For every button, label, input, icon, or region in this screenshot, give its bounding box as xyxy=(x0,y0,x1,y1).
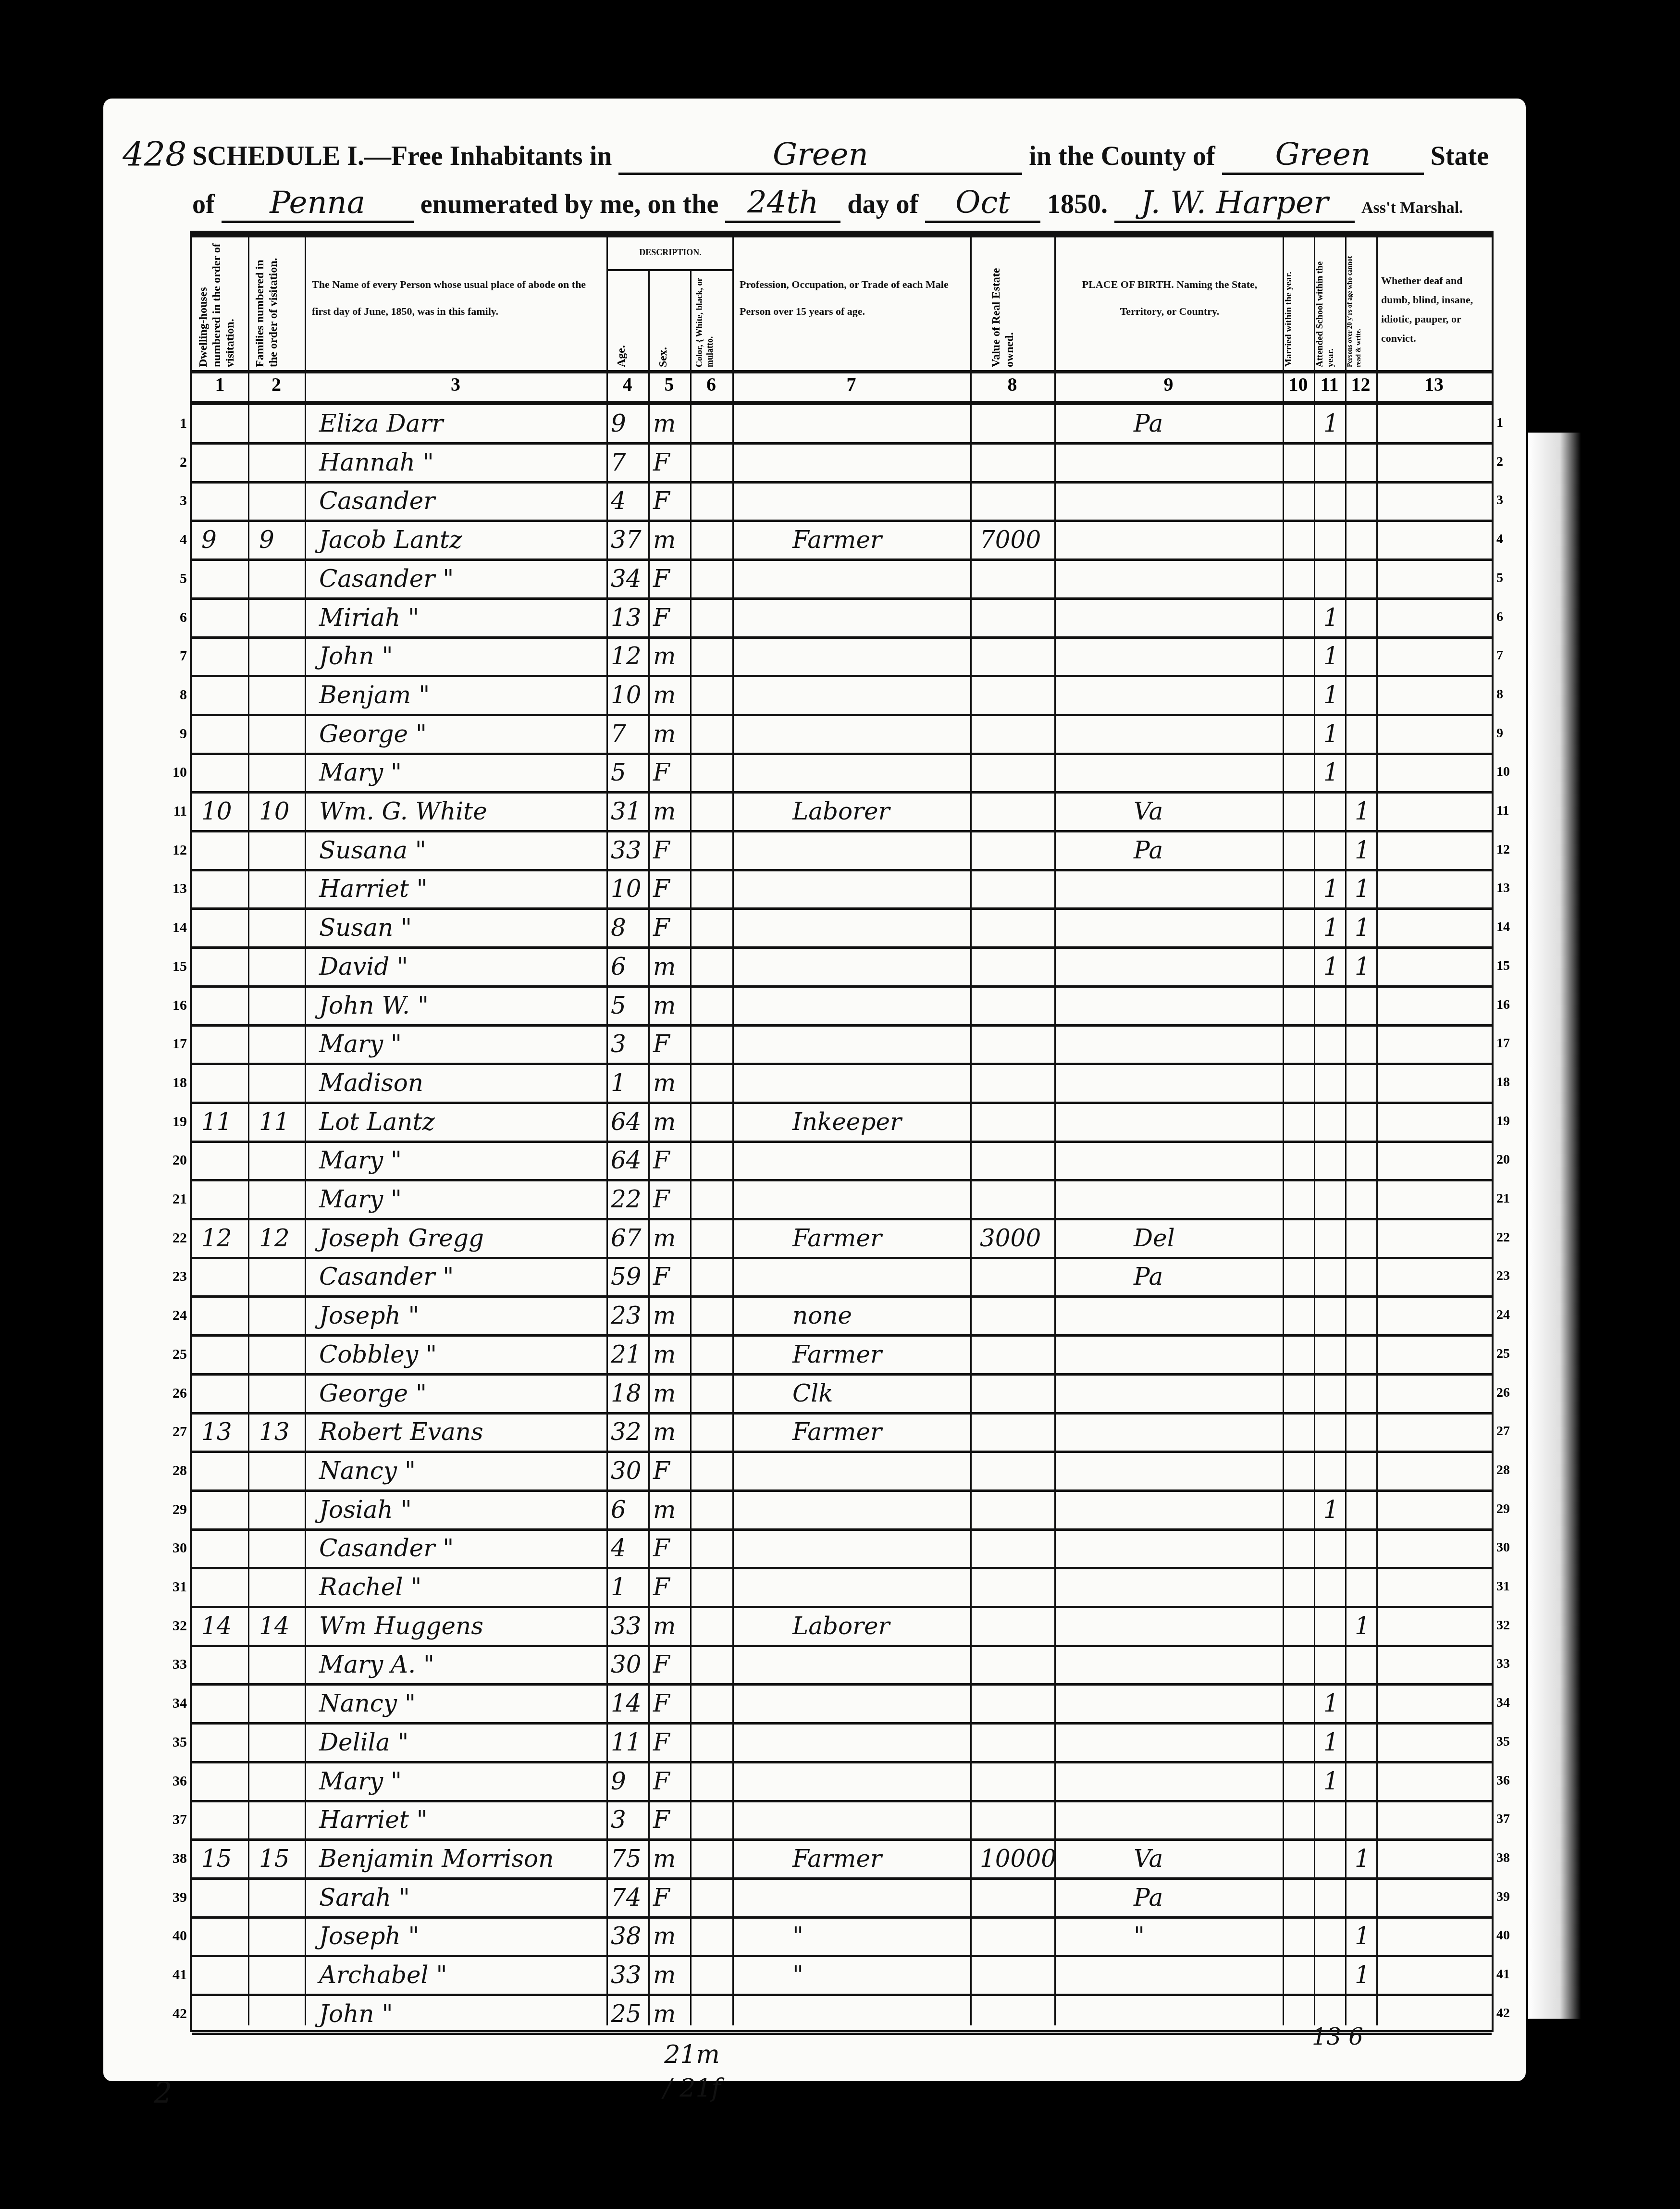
table-row: 32321414Wm Huggens33mLaborer1 xyxy=(192,1608,1492,1647)
line-number: 21 xyxy=(158,1191,187,1207)
occupation: Laborer xyxy=(792,797,890,825)
line-number: 17 xyxy=(158,1036,187,1052)
birthplace: Va xyxy=(1134,1845,1163,1873)
person-name: John W. " xyxy=(319,992,429,1019)
birthplace: Pa xyxy=(1134,410,1163,437)
person-name: Harriet " xyxy=(319,1806,428,1834)
table-row: 99George "7m1 xyxy=(192,716,1492,755)
line-number-right: 36 xyxy=(1496,1773,1510,1788)
table-row: 3636Mary "9F1 xyxy=(192,1763,1492,1802)
family-number: 15 xyxy=(259,1845,290,1873)
sex: F xyxy=(653,836,670,864)
dwelling-number: 10 xyxy=(201,797,232,825)
table-row: 1010Mary "5F1 xyxy=(192,755,1492,794)
person-name: Joseph " xyxy=(319,1302,420,1329)
age: 9 xyxy=(611,1767,626,1795)
sex: m xyxy=(653,1340,676,1368)
person-name: Robert Evans xyxy=(319,1418,483,1446)
line-number: 29 xyxy=(158,1502,187,1518)
table-row: 2424Joseph "23mnone xyxy=(192,1298,1492,1337)
line-number: 13 xyxy=(158,881,187,897)
table-row: 1313Harriet "10F11 xyxy=(192,871,1492,910)
line-number-right: 20 xyxy=(1496,1152,1510,1167)
table-row: 2929Josiah "6m1 xyxy=(192,1492,1492,1531)
real-estate-value: 3000 xyxy=(980,1224,1041,1252)
person-name: David " xyxy=(319,953,408,980)
age: 10 xyxy=(611,875,642,903)
age: 10 xyxy=(611,681,642,709)
person-name: Madison xyxy=(319,1069,423,1097)
school-mark: 1 xyxy=(1323,953,1339,980)
table-row: 2626George "18mClk xyxy=(192,1376,1492,1415)
line-number-right: 32 xyxy=(1496,1618,1510,1633)
line-number-right: 7 xyxy=(1496,648,1503,663)
handwritten-page-number: 428 xyxy=(123,135,187,174)
sex: m xyxy=(653,410,676,437)
person-name: Mary " xyxy=(319,758,402,786)
person-name: John " xyxy=(319,2000,393,2028)
line-number: 8 xyxy=(158,687,187,703)
sex: m xyxy=(653,1922,676,1950)
person-name: Benjam " xyxy=(319,681,430,709)
table-row: 2828Nancy "30F xyxy=(192,1453,1492,1492)
school-mark: 1 xyxy=(1323,1728,1339,1756)
line-number: 25 xyxy=(158,1346,187,1363)
age: 21 xyxy=(611,1340,642,1368)
occupation: Farmer xyxy=(792,1224,882,1252)
birthplace: Del xyxy=(1134,1224,1175,1252)
line-number: 28 xyxy=(158,1463,187,1479)
table-row: 2020Mary "64F xyxy=(192,1142,1492,1181)
col-number: 5 xyxy=(648,373,690,396)
person-name: Wm. G. White xyxy=(319,797,487,825)
age: 7 xyxy=(611,448,626,476)
dwelling-number: 13 xyxy=(201,1418,232,1446)
col-number: 6 xyxy=(690,373,732,396)
person-name: John " xyxy=(319,642,393,670)
header-sex: Sex. xyxy=(656,276,685,367)
sex: m xyxy=(653,526,676,554)
sex: F xyxy=(653,604,670,632)
header-married: Married within the year. xyxy=(1284,242,1312,367)
sex: m xyxy=(653,1302,676,1329)
adjacent-page-edge xyxy=(1528,433,1581,2019)
table-row: 88Benjam "10m1 xyxy=(192,677,1492,716)
school-mark: 1 xyxy=(1323,681,1339,709)
school-mark: 1 xyxy=(1323,1689,1339,1717)
illiterate-mark: 1 xyxy=(1355,1845,1370,1873)
header-disability: Whether deaf and dumb, blind, insane, id… xyxy=(1381,271,1487,348)
school-mark: 1 xyxy=(1323,410,1339,437)
person-name: Benjamin Morrison xyxy=(319,1845,554,1873)
line-number-right: 42 xyxy=(1496,2006,1510,2021)
sex: F xyxy=(653,1263,670,1291)
person-name: Casander xyxy=(319,487,435,515)
line-number: 37 xyxy=(158,1812,187,1828)
line-number: 12 xyxy=(158,842,187,858)
occupation: Farmer xyxy=(792,1340,882,1368)
table-row: 19191111Lot Lantz64mInkeeper xyxy=(192,1104,1492,1143)
line-number-right: 38 xyxy=(1496,1850,1510,1866)
age: 25 xyxy=(611,2000,642,2028)
county-label: in the County of xyxy=(1029,141,1215,171)
sex: F xyxy=(653,565,670,593)
margin-note-tally: 21m / 21f xyxy=(663,2038,721,2105)
dwelling-number: 12 xyxy=(201,1224,232,1252)
line-number: 4 xyxy=(158,532,187,548)
age: 32 xyxy=(611,1418,642,1446)
age: 12 xyxy=(611,642,642,670)
sex: m xyxy=(653,1379,676,1407)
table-row: 2323Casander "59FPa xyxy=(192,1259,1492,1298)
numbers-divider xyxy=(192,401,1492,405)
person-name: Miriah " xyxy=(319,604,419,632)
age: 22 xyxy=(611,1185,642,1213)
sex: F xyxy=(653,1146,670,1174)
illiterate-mark: 1 xyxy=(1355,836,1370,864)
family-number: 9 xyxy=(259,526,274,554)
dwelling-number: 14 xyxy=(201,1612,232,1640)
col-number: 4 xyxy=(606,373,648,396)
schedule-title-line: SCHEDULE I.—Free Inhabitants inGreenin t… xyxy=(192,137,1489,175)
occupation: Clk xyxy=(792,1379,833,1407)
sex: m xyxy=(653,1496,676,1524)
line-number-right: 26 xyxy=(1496,1385,1510,1401)
township-field: Green xyxy=(618,137,1022,175)
person-name: Sarah " xyxy=(319,1884,410,1911)
line-number-right: 8 xyxy=(1496,687,1503,702)
line-number-right: 18 xyxy=(1496,1075,1510,1090)
person-name: Mary A. " xyxy=(319,1651,434,1678)
line-number-right: 5 xyxy=(1496,571,1503,586)
line-number: 27 xyxy=(158,1424,187,1440)
line-number: 22 xyxy=(158,1230,187,1246)
age: 6 xyxy=(611,953,626,980)
enumeration-line: ofPennaenumerated by me, on the24thday o… xyxy=(192,185,1463,223)
of-label: of xyxy=(192,189,215,219)
person-name: Harriet " xyxy=(319,875,428,903)
line-number: 15 xyxy=(158,958,187,975)
line-number-right: 29 xyxy=(1496,1502,1510,1517)
header-dwelling: Dwelling-houses numbered in the order of… xyxy=(197,242,245,367)
age: 8 xyxy=(611,914,626,942)
age: 33 xyxy=(611,836,642,864)
age: 11 xyxy=(611,1728,642,1756)
sex: m xyxy=(653,642,676,670)
birthplace: Pa xyxy=(1134,1884,1163,1911)
line-number-right: 9 xyxy=(1496,726,1503,741)
line-number-right: 25 xyxy=(1496,1346,1510,1362)
person-name: Lot Lantz xyxy=(319,1108,435,1136)
age: 23 xyxy=(611,1302,642,1329)
person-name: Susana " xyxy=(319,836,426,864)
line-number-right: 2 xyxy=(1496,454,1503,470)
illiterate-mark: 1 xyxy=(1355,914,1370,942)
sex: m xyxy=(653,797,676,825)
illiterate-mark: 1 xyxy=(1355,797,1370,825)
line-number-right: 16 xyxy=(1496,997,1510,1013)
line-number-right: 22 xyxy=(1496,1230,1510,1245)
person-name: George " xyxy=(319,720,427,748)
age: 5 xyxy=(611,992,626,1019)
header-birthplace: PLACE OF BIRTH. Naming the State, Territ… xyxy=(1062,271,1278,325)
family-number: 10 xyxy=(259,797,290,825)
sex: F xyxy=(653,1573,670,1601)
sex: F xyxy=(653,1651,670,1678)
table-row: 22Hannah "7F xyxy=(192,445,1492,484)
school-mark: 1 xyxy=(1323,604,1339,632)
age: 4 xyxy=(611,487,626,515)
person-name: Mary " xyxy=(319,1185,402,1213)
age: 75 xyxy=(611,1845,642,1873)
margin-note-totals: 13 6 xyxy=(1312,2023,1363,2050)
family-number: 14 xyxy=(259,1612,290,1640)
line-number: 34 xyxy=(158,1695,187,1712)
table-row: 3030Casander "4F xyxy=(192,1530,1492,1569)
table-row: 11111010Wm. G. White31mLaborerVa1 xyxy=(192,794,1492,832)
sex: m xyxy=(653,720,676,748)
occupation: Inkeeper xyxy=(792,1108,902,1136)
line-number-right: 14 xyxy=(1496,919,1510,935)
state-label: State xyxy=(1431,141,1489,171)
family-number: 13 xyxy=(259,1418,290,1446)
header-school: Attended School within the year. xyxy=(1315,242,1344,367)
age: 6 xyxy=(611,1496,626,1524)
sex: m xyxy=(653,681,676,709)
description-divider xyxy=(607,269,733,271)
age: 33 xyxy=(611,1961,642,1989)
table-row: 1818Madison1m xyxy=(192,1065,1492,1104)
occupation: " xyxy=(792,1961,803,1989)
age: 37 xyxy=(611,526,642,554)
header-age: Age. xyxy=(615,276,643,367)
header-description: DESCRIPTION. xyxy=(607,244,733,261)
age: 34 xyxy=(611,565,642,593)
header-illiterate: Persons over 20 y'rs of age who cannot r… xyxy=(1346,242,1375,367)
age: 38 xyxy=(611,1922,642,1950)
table-row: 11Eliza Darr9mPa1 xyxy=(192,406,1492,445)
illiterate-mark: 1 xyxy=(1355,875,1370,903)
table-row: 27271313Robert Evans32mFarmer xyxy=(192,1414,1492,1453)
line-number-right: 12 xyxy=(1496,842,1510,857)
sex: F xyxy=(653,758,670,786)
person-name: Rachel " xyxy=(319,1573,421,1601)
col-number: 10 xyxy=(1283,373,1314,396)
age: 18 xyxy=(611,1379,642,1407)
col-number: 3 xyxy=(305,373,606,396)
line-number-right: 34 xyxy=(1496,1695,1510,1711)
person-name: Mary " xyxy=(319,1767,402,1795)
line-number: 31 xyxy=(158,1579,187,1595)
line-number: 6 xyxy=(158,609,187,626)
age: 67 xyxy=(611,1224,642,1252)
line-number-right: 15 xyxy=(1496,958,1510,974)
line-number-right: 37 xyxy=(1496,1812,1510,1827)
age: 30 xyxy=(611,1651,642,1678)
sex: F xyxy=(653,1767,670,1795)
line-number-right: 1 xyxy=(1496,415,1503,431)
marshal-label: Ass't Marshal. xyxy=(1361,199,1463,217)
line-number: 32 xyxy=(158,1618,187,1634)
line-number-right: 4 xyxy=(1496,532,1503,547)
month-field: Oct xyxy=(925,185,1040,223)
sex: m xyxy=(653,1108,676,1136)
line-number: 35 xyxy=(158,1734,187,1750)
line-number: 24 xyxy=(158,1307,187,1324)
table-row: 1414Susan "8F11 xyxy=(192,910,1492,949)
school-mark: 1 xyxy=(1323,914,1339,942)
person-name: Josiah " xyxy=(319,1496,412,1524)
table-row: 4499Jacob Lantz37mFarmer7000 xyxy=(192,522,1492,561)
line-number: 41 xyxy=(158,1967,187,1983)
col-number: 2 xyxy=(248,373,305,396)
table-row: 33Casander4F xyxy=(192,483,1492,522)
line-number: 9 xyxy=(158,726,187,742)
sex: m xyxy=(653,1612,676,1640)
person-name: Mary " xyxy=(319,1146,402,1174)
enumerated-label: enumerated by me, on the xyxy=(420,189,719,219)
line-number-right: 13 xyxy=(1496,881,1510,896)
line-number-right: 30 xyxy=(1496,1540,1510,1555)
col-number: 13 xyxy=(1376,373,1492,396)
sex: F xyxy=(653,1689,670,1717)
person-name: George " xyxy=(319,1379,427,1407)
table-row: 3131Rachel "1F xyxy=(192,1569,1492,1608)
sex: m xyxy=(653,953,676,980)
sex: m xyxy=(653,1069,676,1097)
line-number: 5 xyxy=(158,571,187,587)
line-number: 20 xyxy=(158,1152,187,1168)
table-row: 1616John W. "5m xyxy=(192,988,1492,1027)
line-number: 39 xyxy=(158,1889,187,1906)
line-number-right: 23 xyxy=(1496,1268,1510,1284)
person-name: Eliza Darr xyxy=(319,410,443,437)
age: 30 xyxy=(611,1457,642,1485)
row-rule xyxy=(192,2033,1492,2035)
col-number: 11 xyxy=(1314,373,1345,396)
occupation: none xyxy=(792,1302,852,1329)
line-number-right: 31 xyxy=(1496,1579,1510,1594)
school-mark: 1 xyxy=(1323,1496,1339,1524)
person-name: Casander " xyxy=(319,565,454,593)
table-row: 3535Delila "11F1 xyxy=(192,1725,1492,1763)
line-number-right: 41 xyxy=(1496,1967,1510,1982)
line-number-right: 10 xyxy=(1496,764,1510,780)
age: 5 xyxy=(611,758,626,786)
table-row: 3737Harriet "3F xyxy=(192,1802,1492,1841)
age: 59 xyxy=(611,1263,642,1291)
birthplace: Pa xyxy=(1134,836,1163,864)
age: 1 xyxy=(611,1573,626,1601)
age: 4 xyxy=(611,1534,626,1562)
table-row: 2121Mary "22F xyxy=(192,1181,1492,1220)
sex: F xyxy=(653,1185,670,1213)
illiterate-mark: 1 xyxy=(1355,1922,1370,1950)
person-name: Joseph " xyxy=(319,1922,420,1950)
sex: F xyxy=(653,487,670,515)
sex: m xyxy=(653,1418,676,1446)
header-family: Families numbered in the order of visita… xyxy=(253,242,301,367)
margin-note-left: 2 xyxy=(154,2076,172,2110)
person-name: Joseph Gregg xyxy=(319,1224,484,1252)
table-row: 66Miriah "13F1 xyxy=(192,600,1492,639)
sex: m xyxy=(653,1845,676,1873)
school-mark: 1 xyxy=(1323,642,1339,670)
table-row: 1212Susana "33FPa1 xyxy=(192,832,1492,871)
age: 33 xyxy=(611,1612,642,1640)
line-number: 1 xyxy=(158,415,187,432)
school-mark: 1 xyxy=(1323,758,1339,786)
sex: m xyxy=(653,1961,676,1989)
col-number: 1 xyxy=(192,373,248,396)
sex: F xyxy=(653,875,670,903)
person-name: Archabel " xyxy=(319,1961,447,1989)
header-color: Color, { White, black, or mulatto. xyxy=(694,276,730,367)
person-name: Jacob Lantz xyxy=(319,526,462,554)
header-occupation: Profession, Occupation, or Trade of each… xyxy=(740,271,965,325)
occupation: Farmer xyxy=(792,1845,882,1873)
illiterate-mark: 1 xyxy=(1355,1612,1370,1640)
line-number: 36 xyxy=(158,1773,187,1789)
county-field: Green xyxy=(1222,137,1424,175)
person-name: Susan " xyxy=(319,914,412,942)
occupation: " xyxy=(792,1922,803,1950)
col-number: 8 xyxy=(970,373,1054,396)
age: 64 xyxy=(611,1108,642,1136)
line-number: 40 xyxy=(158,1928,187,1944)
illiterate-mark: 1 xyxy=(1355,1961,1370,1989)
line-number: 42 xyxy=(158,2006,187,2022)
occupation: Farmer xyxy=(792,526,882,554)
col-number: 12 xyxy=(1345,373,1376,396)
header-name: The Name of every Person whose usual pla… xyxy=(312,271,600,325)
age: 3 xyxy=(611,1806,626,1834)
person-name: Casander " xyxy=(319,1263,454,1291)
col-number: 9 xyxy=(1054,373,1283,396)
line-number: 3 xyxy=(158,493,187,509)
age: 31 xyxy=(611,797,642,825)
table-row: 4040Joseph "38m""1 xyxy=(192,1918,1492,1957)
school-mark: 1 xyxy=(1323,720,1339,748)
sex: F xyxy=(653,1534,670,1562)
table-row: 2525Cobbley "21mFarmer xyxy=(192,1337,1492,1376)
family-number: 11 xyxy=(259,1108,290,1136)
person-name: Nancy " xyxy=(319,1457,416,1485)
occupation: Laborer xyxy=(792,1612,890,1640)
table-row: 22221212Joseph Gregg67mFarmer3000Del xyxy=(192,1220,1492,1259)
sex: F xyxy=(653,1030,670,1058)
line-number-right: 40 xyxy=(1496,1928,1510,1943)
table-row: 3333Mary A. "30F xyxy=(192,1647,1492,1686)
sex: F xyxy=(653,1806,670,1834)
birthplace: Pa xyxy=(1134,1263,1163,1291)
table-row: 1717Mary "3F xyxy=(192,1026,1492,1065)
birthplace: Va xyxy=(1134,797,1163,825)
line-number-right: 28 xyxy=(1496,1463,1510,1478)
person-name: Nancy " xyxy=(319,1689,416,1717)
school-mark: 1 xyxy=(1323,875,1339,903)
table-row: 4242John "25m xyxy=(192,1996,1492,2035)
occupation: Farmer xyxy=(792,1418,882,1446)
line-number-right: 6 xyxy=(1496,609,1503,625)
line-number: 7 xyxy=(158,648,187,664)
age: 14 xyxy=(611,1689,642,1717)
age: 74 xyxy=(611,1884,642,1911)
sex: F xyxy=(653,914,670,942)
table-row: 77John "12m1 xyxy=(192,638,1492,677)
line-number: 19 xyxy=(158,1114,187,1130)
header-real-estate: Value of Real Estate owned. xyxy=(989,247,1038,367)
